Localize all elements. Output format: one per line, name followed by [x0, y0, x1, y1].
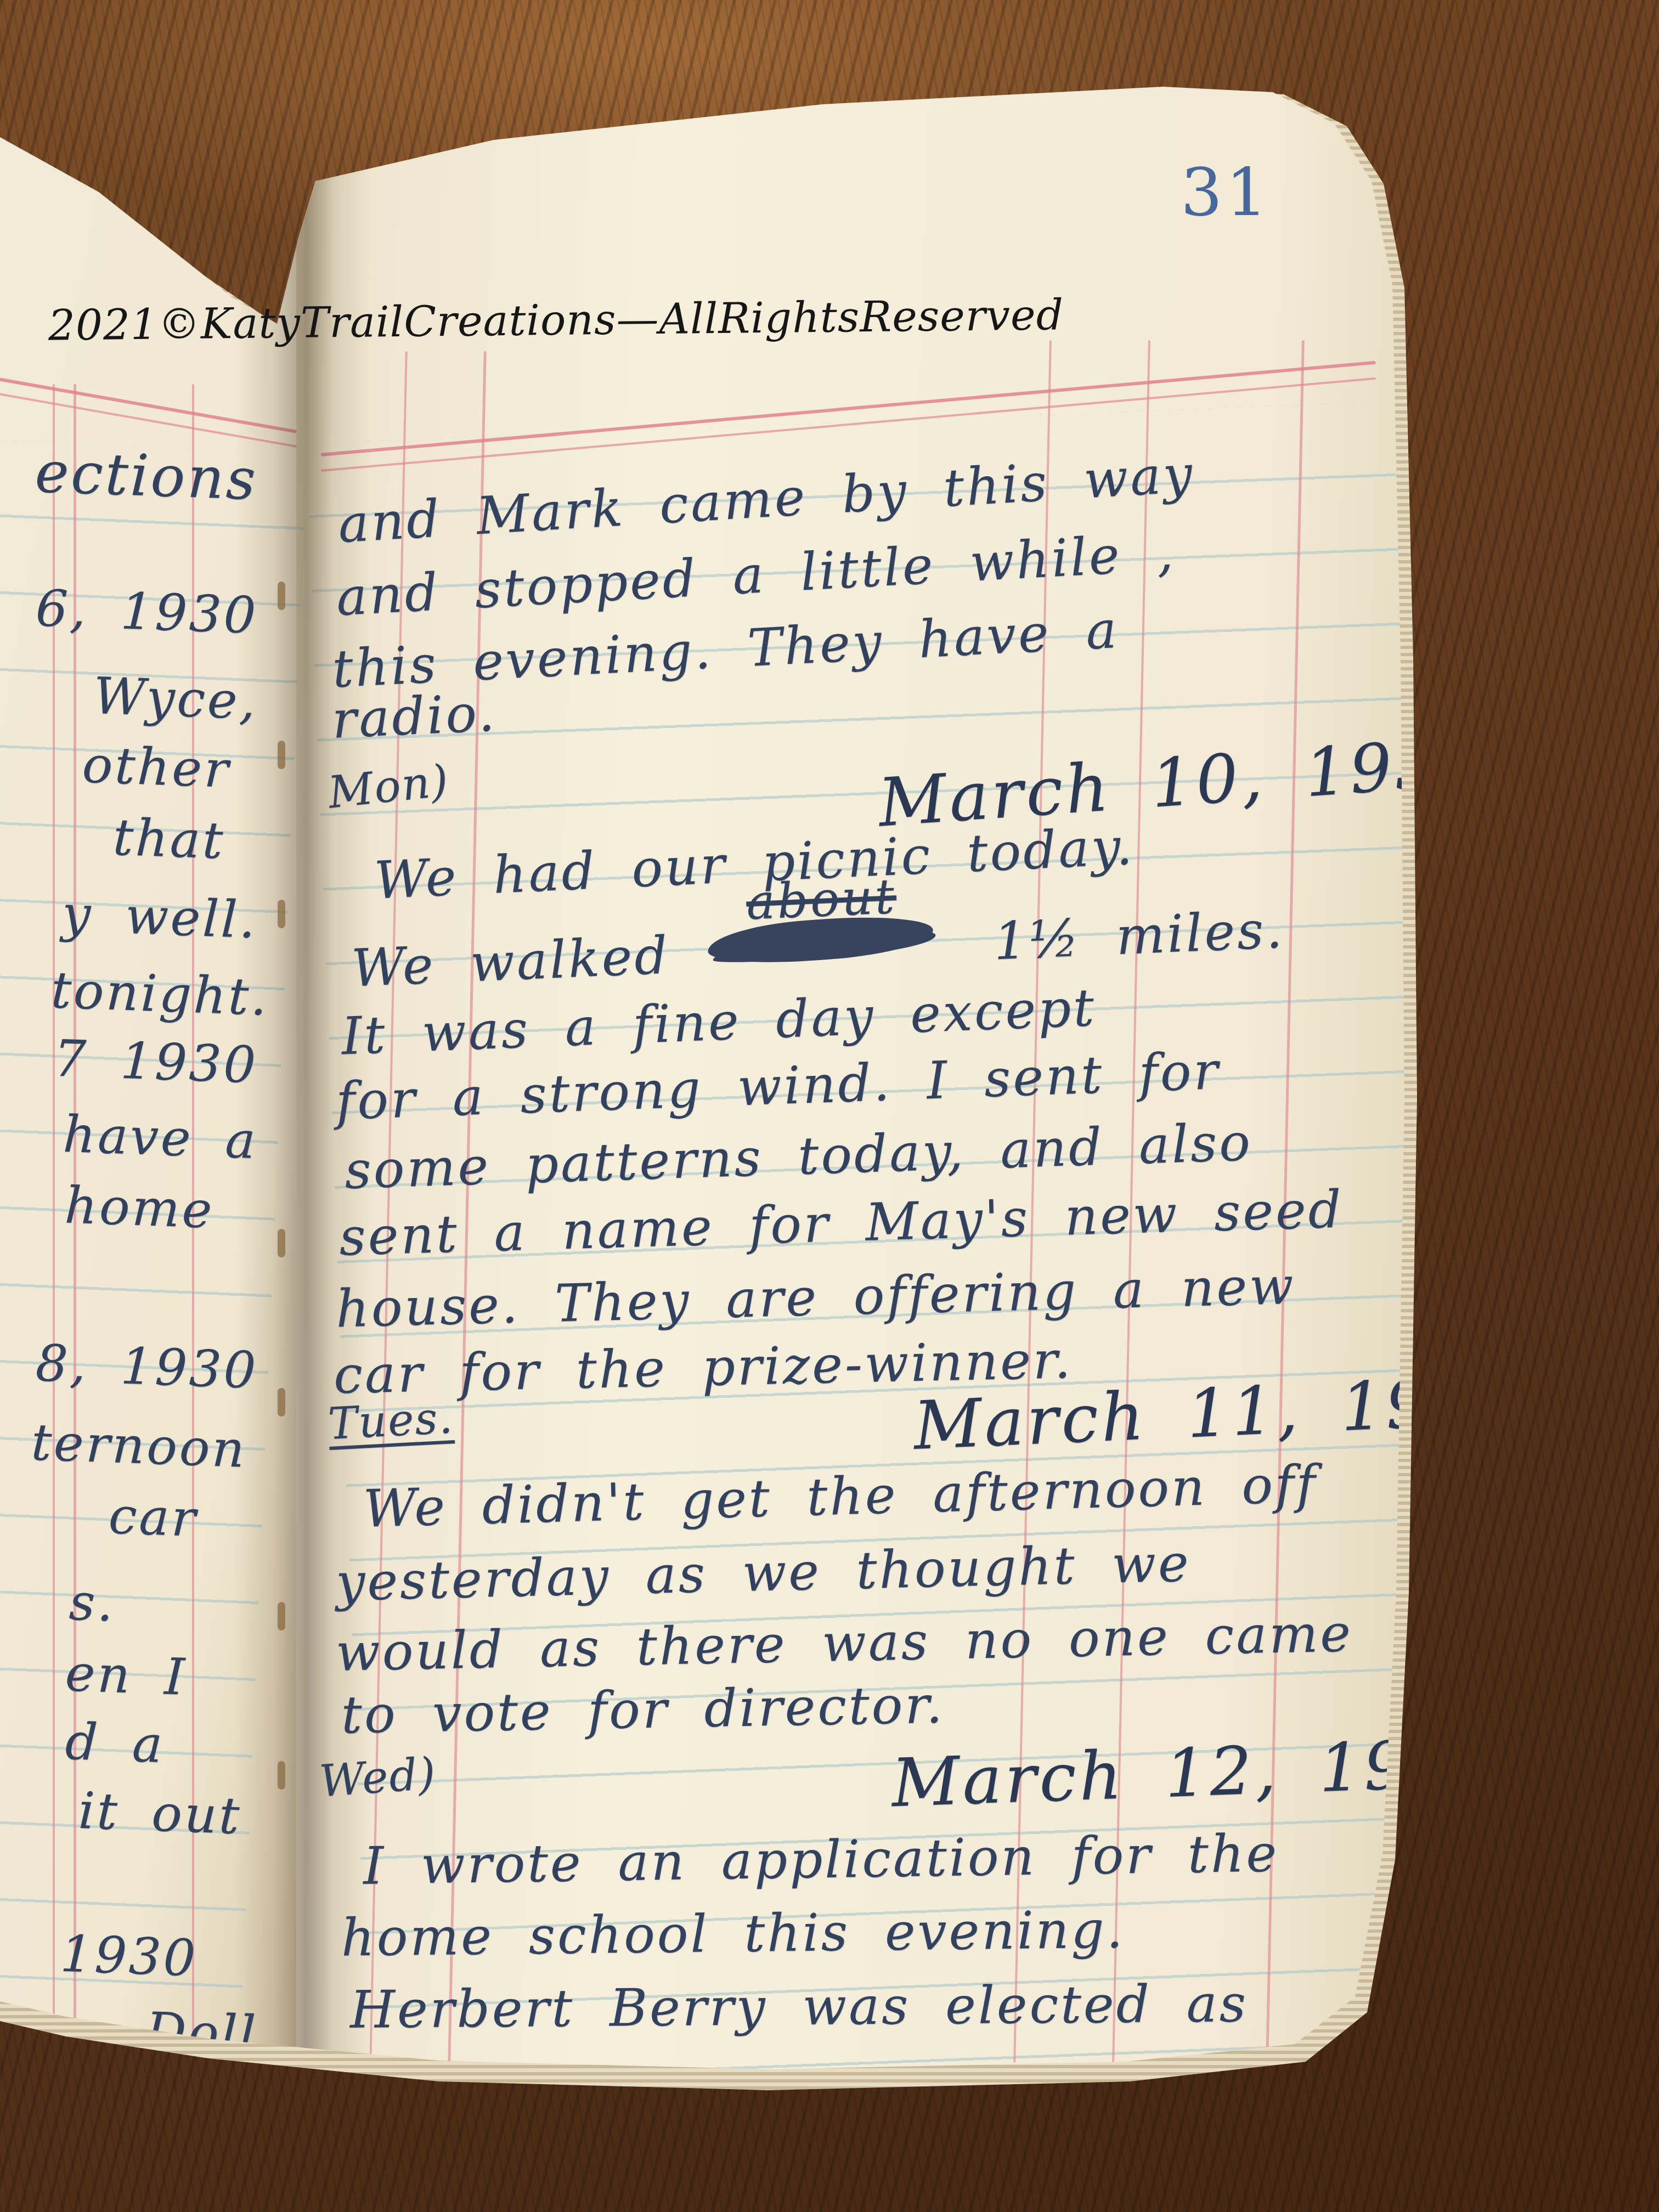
left-page-fragment: it out [77, 1781, 242, 1846]
left-page-fragment: car [108, 1486, 199, 1548]
binding-stitch [278, 582, 285, 610]
binding-stitch [278, 741, 285, 769]
left-page-fragment: s. [68, 1573, 116, 1633]
diary-line: to vote for director. [341, 1678, 945, 1743]
left-page-fragment: Wyce, [92, 667, 258, 731]
diary-line: radio. [331, 686, 498, 748]
left-page-fragment: ternoon [31, 1413, 248, 1479]
diary-line: Herbert Berry was elected as [350, 1977, 1248, 2038]
binding-stitch [278, 1761, 285, 1790]
left-page-fragment: y well. [61, 884, 259, 950]
diary-photo: 31 and Mark came by this way and stopped… [0, 0, 1659, 2212]
left-page-fragment: d a [64, 1712, 166, 1774]
scribble-crossout: about [703, 912, 941, 977]
left-page-fragment: tonight. [50, 961, 270, 1027]
left-page-fragment: 7 1930 [53, 1029, 258, 1095]
diary-line: home school this evening. [341, 1904, 1125, 1966]
binding-stitch [278, 1229, 285, 1257]
binding-stitch [278, 1602, 285, 1630]
left-page-fragment: other [81, 735, 232, 799]
binding-stitch [278, 900, 285, 928]
page-number: 31 [1181, 155, 1271, 231]
day-abbreviation: Tues. [327, 1395, 455, 1447]
day-abbreviation: Mon) [326, 758, 451, 816]
entry-date: March 12, 1930 [890, 1728, 1500, 1819]
day-abbreviation: Wed) [318, 1751, 438, 1805]
left-page-fragment: home [64, 1176, 215, 1239]
left-page-fragment: 8, 1930 [35, 1334, 259, 1400]
left-page-fragment: 6, 1930 [35, 579, 259, 645]
left-page-fragment: 1930 [59, 1925, 199, 1988]
left-page-fragment: have a [63, 1105, 259, 1170]
diary-line-text: 1½ miles. [992, 900, 1285, 972]
left-page-fragment: en I [64, 1644, 188, 1707]
binding-stitch [278, 1388, 285, 1417]
left-page-fragment: that [112, 808, 226, 870]
left-page-fragment: ections [34, 438, 259, 513]
diary-line: I wrote an application for the [363, 1827, 1279, 1894]
